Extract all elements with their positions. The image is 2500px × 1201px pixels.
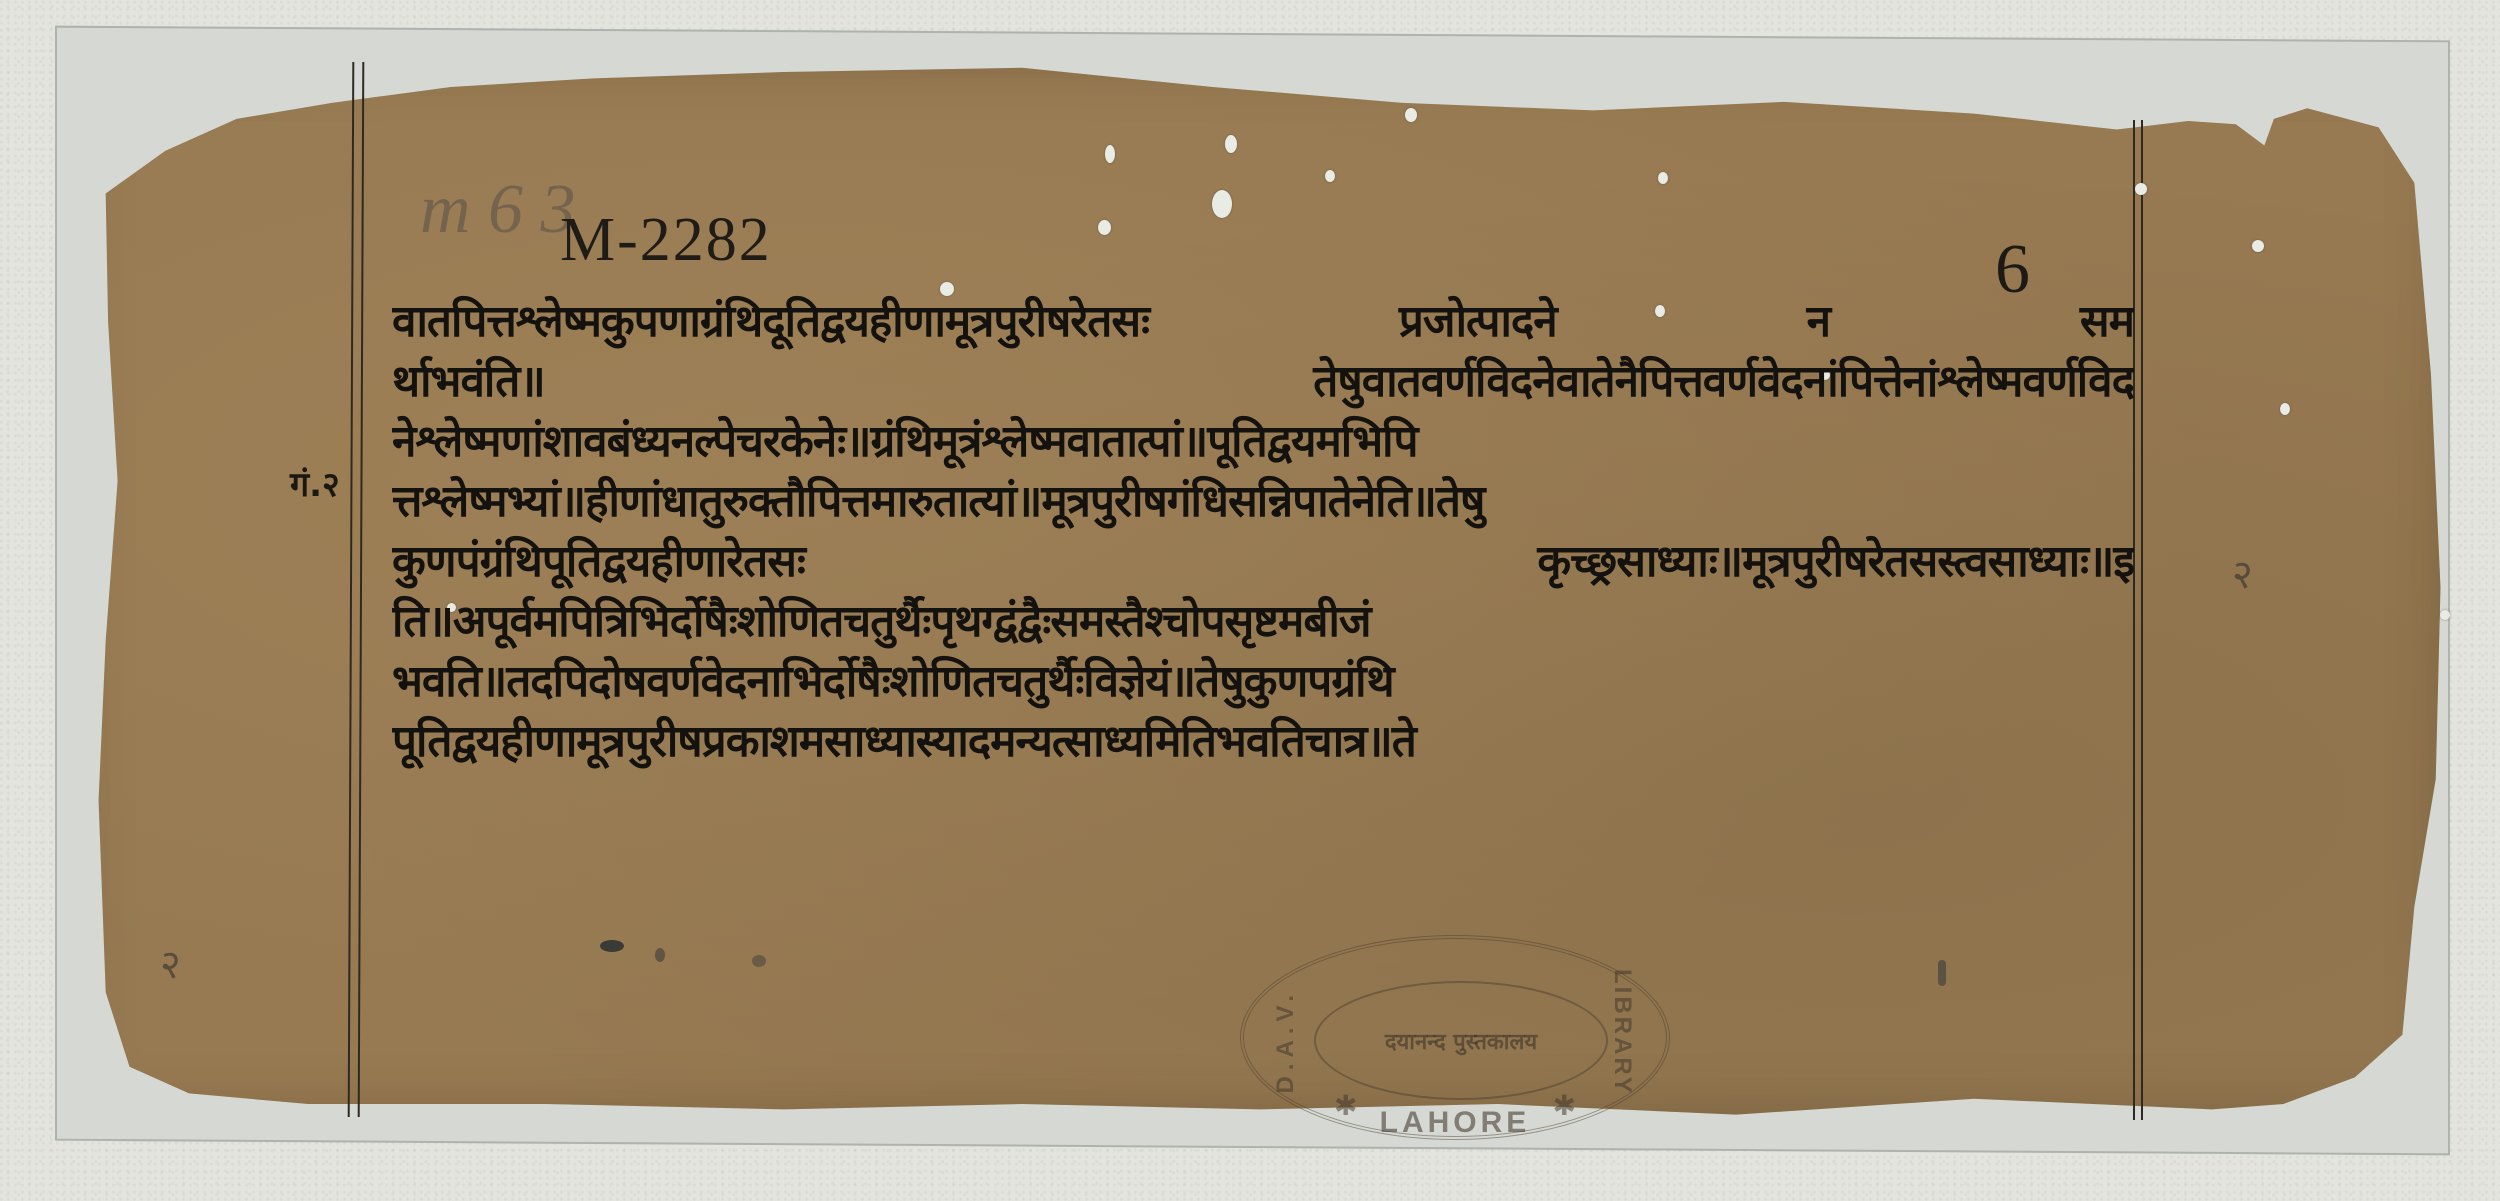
stamp-inner-oval: दयानन्द पुस्तकालय xyxy=(1314,981,1608,1100)
wormhole xyxy=(2280,403,2290,415)
wormhole xyxy=(2252,240,2264,252)
shelf-mark: M-2282 xyxy=(560,205,772,276)
wormhole xyxy=(2135,183,2147,195)
wormhole xyxy=(1098,220,1111,235)
text-line-4: त्तश्लेष्मभ्यां॥हीणांधातुरुक्तौपित्तमारु… xyxy=(392,472,2134,532)
wormhole xyxy=(1212,190,1232,218)
stamp-right-text: LIBRARY xyxy=(1608,969,1636,1096)
manuscript-text: वातपित्तश्लेष्मकुपणाग्रंथिदूतिद्वयहीणामू… xyxy=(392,292,2134,772)
wormhole xyxy=(1325,170,1335,182)
text-line-8: पूतिद्वयहीणामूत्रपुरीषप्रकाशमसाध्यास्याद… xyxy=(392,712,2134,772)
wormhole xyxy=(1405,108,1417,122)
text-line-1: वातपित्तश्लेष्मकुपणाग्रंथिदूतिद्वयहीणामू… xyxy=(392,292,2134,352)
wormhole xyxy=(1105,145,1115,163)
ink-blot xyxy=(1938,960,1946,986)
wormhole xyxy=(1658,172,1668,184)
library-stamp: D.A.V. LIBRARY ✱ ✱ दयानन्द पुस्तकालय LAH… xyxy=(1240,935,1670,1140)
text-line-7: भवति॥तदपिदोषवर्णवेदनाभिर्दोषैःशोणितचतुर्… xyxy=(392,652,2134,712)
left-margin-note: गं.२ xyxy=(290,460,340,506)
ink-blot xyxy=(655,948,665,962)
left-margin-numeral: २ xyxy=(160,935,181,990)
right-margin-numeral: २ xyxy=(2232,545,2253,600)
text-line-6: ति॥अपूर्वमपित्रिभिर्दोषैःशोणितचतुर्थैःपृ… xyxy=(392,592,2134,652)
stamp-left-text: D.A.V. xyxy=(1272,989,1300,1093)
pencil-annotation: m 6 3 xyxy=(420,170,576,250)
ink-blot xyxy=(752,955,766,967)
wormhole xyxy=(2440,610,2450,620)
right-margin-rule-inner xyxy=(2141,120,2143,1120)
text-line-3: नेश्लेष्मणांशावबंध्यनल्पेचरकेनेः॥ग्रंथिम… xyxy=(392,412,2134,472)
wormhole xyxy=(1225,135,1237,153)
stamp-bottom-text: LAHORE xyxy=(1244,1106,1666,1140)
stamp-center-text: दयानन्द पुस्तकालय xyxy=(1385,1026,1537,1056)
text-line-2: र्थाभवंति॥ तेषुवातवर्णविदनेवातेनैपित्तवर… xyxy=(392,352,2134,412)
ink-blot xyxy=(600,940,624,952)
text-line-5: कुणपंग्रंथिपूतिद्वयहीणारेतसः कृच्छ्रसाध्… xyxy=(392,532,2134,592)
